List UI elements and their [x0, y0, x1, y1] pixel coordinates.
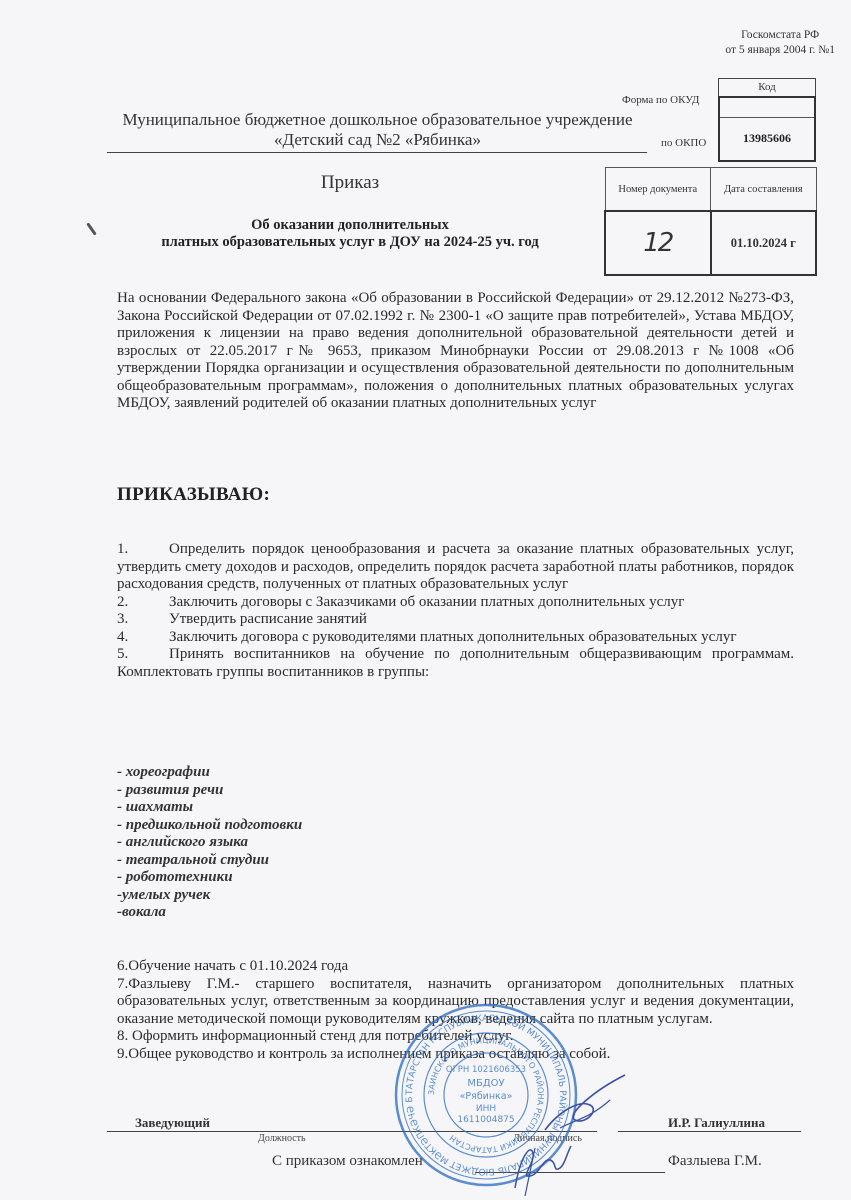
order-item-1: 1.Определить порядок ценообразования и р…	[117, 541, 794, 594]
group-item: - развития речи	[117, 782, 302, 800]
pen-mark	[86, 222, 96, 235]
organization-name: Муниципальное бюджетное дошкольное образ…	[110, 110, 645, 150]
order-item-4: 4.Заключить договора с руководителями пл…	[117, 629, 794, 647]
order-items: 1.Определить порядок ценообразования и р…	[117, 541, 794, 681]
intro-paragraph: На основании Федерального закона «Об обр…	[117, 290, 794, 413]
signer-position: Заведующий	[135, 1115, 210, 1131]
org-underline	[107, 152, 647, 153]
acknowledgment-signature-icon	[505, 1138, 575, 1198]
acknowledgment-name: Фазлыева Г.М.	[668, 1153, 762, 1170]
document-subject: Об оказании дополнительных платных образ…	[110, 217, 590, 251]
svg-text:ОГРН 1021606353: ОГРН 1021606353	[446, 1065, 526, 1075]
order-item-3: 3.Утвердить расписание занятий	[117, 611, 794, 629]
group-item: - театральной студии	[117, 852, 302, 870]
svg-text:«Рябинка»: «Рябинка»	[460, 1091, 513, 1102]
form-reference: Госкомстата РФ от 5 января 2004 г. №1	[725, 28, 835, 58]
document-title: Приказ	[110, 172, 590, 194]
group-item: - хореографии	[117, 764, 302, 782]
svg-text:МБДОУ: МБДОУ	[467, 1078, 504, 1089]
group-item: - робототехники	[117, 869, 302, 887]
okud-value	[720, 98, 814, 118]
group-item: -умелых ручек	[117, 887, 302, 905]
signer-name: И.Р. Галиуллина	[668, 1115, 765, 1131]
order-item-2: 2.Заключить договоры с Заказчиками об ок…	[117, 594, 794, 612]
document-number-table: Номер документа Дата составления 12 01.1…	[604, 167, 817, 276]
director-signature-icon	[540, 1070, 630, 1140]
group-item: - английского языка	[117, 834, 302, 852]
subject-line-2: платных образовательных услуг в ДОУ на 2…	[110, 234, 590, 251]
position-caption: Должность	[258, 1133, 306, 1144]
org-name-line-2: «Детский сад №2 «Рябинка»	[110, 130, 645, 150]
org-name-line-1: Муниципальное бюджетное дошкольное образ…	[110, 110, 645, 130]
name-line	[618, 1131, 801, 1132]
doc-number-value: 12	[605, 211, 711, 275]
code-body: 13985606	[718, 96, 816, 162]
svg-text:ИНН: ИНН	[476, 1104, 496, 1114]
code-header: Код	[718, 78, 816, 96]
order-item-5: 5.Принять воспитанников на обучение по д…	[117, 646, 794, 681]
okpo-label: по ОКПО	[661, 137, 706, 149]
code-box: Код 13985606	[718, 78, 816, 162]
groups-list: - хореографии - развития речи - шахматы …	[117, 764, 302, 922]
command-heading: ПРИКАЗЫВАЮ:	[117, 484, 270, 506]
subject-line-1: Об оказании дополнительных	[110, 217, 590, 234]
group-item: - предшкольной подготовки	[117, 817, 302, 835]
goskomstat-line-1: Госкомстата РФ	[725, 28, 835, 43]
doc-date-header: Дата составления	[711, 168, 817, 212]
svg-text:1611004875: 1611004875	[457, 1115, 514, 1125]
goskomstat-line-2: от 5 января 2004 г. №1	[725, 43, 835, 58]
group-item: - шахматы	[117, 799, 302, 817]
okpo-value: 13985606	[720, 118, 814, 160]
order-item-6: 6.Обучение начать с 01.10.2024 года	[117, 958, 794, 976]
doc-date-value: 01.10.2024 г	[711, 211, 817, 275]
doc-number-header: Номер документа	[605, 168, 711, 212]
group-item: -вокала	[117, 904, 302, 922]
okud-label: Форма по ОКУД	[622, 94, 699, 106]
